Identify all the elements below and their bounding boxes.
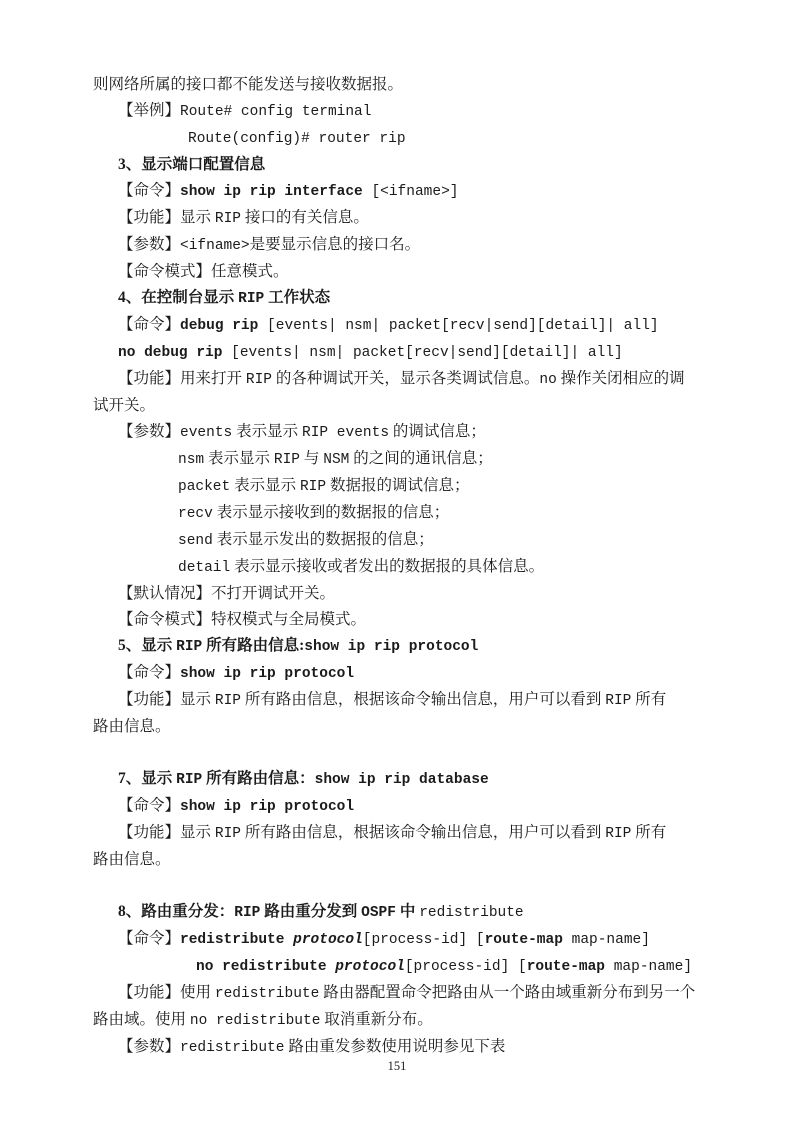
text-segment: nsm [178, 452, 204, 468]
text-line: 3、显示端口配置信息 [93, 152, 707, 178]
text-segment: 【功能】显示 [118, 824, 215, 841]
text-segment: RIP [234, 905, 260, 921]
text-segment: RIP [215, 693, 241, 709]
text-segment: show ip rip protocol [180, 666, 354, 682]
text-line: nsm 表示显示 RIP 与 NSM 的之间的通讯信息； [93, 446, 707, 473]
text-segment: packet [178, 479, 230, 495]
text-line: 【命令】show ip rip protocol [93, 793, 707, 820]
text-segment: RIP [605, 693, 631, 709]
text-segment: 【功能】用来打开 [118, 370, 246, 387]
text-line: no redistribute protocol[process-id] [ro… [93, 953, 707, 980]
text-segment: NSM [323, 452, 349, 468]
text-segment: 取消重新分布。 [320, 1011, 432, 1028]
text-segment: redistribute [180, 1040, 284, 1056]
text-line: 路由信息。 [93, 714, 707, 740]
text-line: 8、路由重分发：RIP 路由重分发到 OSPF 中 redistribute [93, 899, 707, 926]
text-segment: 则网络所属的接口都不能发送与接收数据报。 [93, 76, 403, 93]
text-segment: 表示显示 [204, 450, 274, 467]
text-segment: 表示显示接收到的数据报的信息； [213, 504, 449, 521]
text-segment: RIP [215, 826, 241, 842]
text-segment: 所有 [631, 691, 666, 708]
text-segment: 4、在控制台显示 [118, 289, 238, 306]
text-line: 【命令】redistribute protocol[process-id] [r… [93, 926, 707, 953]
text-segment: 路由信息。 [93, 718, 171, 735]
text-line: 【命令模式】特权模式与全局模式。 [93, 607, 707, 633]
text-segment: 的各种调试开关，显示各类调试信息。 [272, 370, 539, 387]
text-line: 【功能】用来打开 RIP 的各种调试开关，显示各类调试信息。no 操作关闭相应的… [93, 366, 707, 393]
text-segment: 路由重分发到 [260, 903, 361, 920]
text-segment: 操作关闭相应的调 [557, 370, 685, 387]
text-segment: 路由器配置命令把路由从一个路由域重新分布到另一个 [319, 984, 695, 1001]
text-segment: 所有路由信息: [202, 637, 304, 654]
text-segment: RIP [176, 639, 202, 655]
text-line: 则网络所属的接口都不能发送与接收数据报。 [93, 72, 707, 98]
text-segment: no redistribute [196, 959, 335, 975]
text-segment: redistribute [215, 986, 319, 1002]
text-segment: send [178, 533, 213, 549]
text-segment: debug rip [180, 318, 258, 334]
text-segment: 路由信息。 [93, 851, 171, 868]
text-segment: 的调试信息； [389, 423, 486, 440]
text-segment: [process-id] [ [363, 932, 485, 948]
text-segment: RIP events [302, 425, 389, 441]
text-line: no debug rip [events| nsm| packet[recv|s… [93, 339, 707, 366]
text-segment: 所有 [631, 824, 666, 841]
page-number: 151 [0, 1056, 794, 1076]
text-line: 【参数】events 表示显示 RIP events 的调试信息； [93, 419, 707, 446]
text-segment: no debug rip [118, 345, 222, 361]
text-segment: 中 [396, 903, 419, 920]
text-segment: 【命令】 [118, 182, 180, 199]
text-segment: 试开关。 [93, 397, 155, 414]
text-segment: 【命令】 [118, 930, 180, 947]
text-segment: [<ifname>] [363, 184, 459, 200]
text-segment: protocol [293, 932, 363, 948]
text-segment: route-map [485, 932, 563, 948]
text-segment: redistribute [419, 905, 523, 921]
text-segment: 【参数】 [118, 423, 180, 440]
text-line: 【功能】使用 redistribute 路由器配置命令把路由从一个路由域重新分布… [93, 980, 707, 1007]
text-segment: 【命令模式】任意模式。 [118, 263, 289, 280]
text-segment: 【命令】 [118, 797, 180, 814]
text-segment: 表示显示 [230, 477, 300, 494]
text-segment: 路由重发参数使用说明参见下表 [284, 1038, 505, 1055]
document-body: 则网络所属的接口都不能发送与接收数据报。【举例】Route# config te… [93, 72, 707, 1061]
text-segment: show ip rip protocol [180, 799, 354, 815]
text-segment: 5、显示 [118, 637, 176, 654]
text-segment: 7、显示 [118, 770, 176, 787]
text-segment: 是要显示信息的接口名。 [250, 236, 421, 253]
text-line: 路由域。使用 no redistribute 取消重新分布。 [93, 1007, 707, 1034]
text-segment: 【举例】 [118, 102, 180, 119]
text-segment: RIP [238, 291, 264, 307]
text-segment: no [539, 372, 556, 388]
text-segment: 表示显示发出的数据报的信息； [213, 531, 434, 548]
text-segment: Route# config terminal [180, 104, 371, 120]
text-segment: no redistribute [190, 1013, 321, 1029]
text-line: 路由信息。 [93, 847, 707, 873]
text-segment: 【功能】使用 [118, 984, 215, 1001]
text-segment: 3、显示端口配置信息 [118, 156, 265, 173]
text-segment: protocol [335, 959, 405, 975]
text-segment: 8、路由重分发： [118, 903, 234, 920]
text-line: send 表示显示发出的数据报的信息； [93, 527, 707, 554]
text-segment: 路由域。使用 [93, 1011, 190, 1028]
text-segment: 所有路由信息，根据该命令输出信息，用户可以看到 [241, 691, 605, 708]
text-segment: RIP [215, 211, 241, 227]
text-segment: show ip rip protocol [304, 639, 478, 655]
text-segment: RIP [176, 772, 202, 788]
text-segment: 与 [300, 450, 323, 467]
text-segment: 数据报的调试信息； [326, 477, 469, 494]
text-segment: recv [178, 506, 213, 522]
text-segment: 所有路由信息，根据该命令输出信息，用户可以看到 [241, 824, 605, 841]
text-segment: events [180, 425, 232, 441]
text-line: 【命令】show ip rip interface [<ifname>] [93, 178, 707, 205]
text-line: 【命令】debug rip [events| nsm| packet[recv|… [93, 312, 707, 339]
blank-line [93, 873, 707, 899]
text-segment: RIP [605, 826, 631, 842]
text-line: recv 表示显示接收到的数据报的信息； [93, 500, 707, 527]
text-segment: route-map [527, 959, 605, 975]
text-line: packet 表示显示 RIP 数据报的调试信息； [93, 473, 707, 500]
text-segment: 【功能】显示 [118, 691, 215, 708]
text-segment: RIP [274, 452, 300, 468]
text-segment: Route(config)# router rip [188, 131, 406, 147]
text-segment: 【参数】 [118, 236, 180, 253]
text-line: 【功能】显示 RIP 接口的有关信息。 [93, 205, 707, 232]
text-line: 【默认情况】不打开调试开关。 [93, 581, 707, 607]
text-segment: <ifname> [180, 238, 250, 254]
text-line: 【命令】show ip rip protocol [93, 660, 707, 687]
text-segment: 【默认情况】不打开调试开关。 [118, 585, 335, 602]
text-segment: 【命令】 [118, 664, 180, 681]
text-line: detail 表示显示接收或者发出的数据报的具体信息。 [93, 554, 707, 581]
text-segment: detail [178, 560, 230, 576]
text-segment: 工作状态 [264, 289, 330, 306]
text-segment: show ip rip interface [180, 184, 363, 200]
text-segment: [process-id] [ [405, 959, 527, 975]
text-segment: 接口的有关信息。 [241, 209, 369, 226]
text-line: 5、显示 RIP 所有路由信息:show ip rip protocol [93, 633, 707, 660]
text-line: 【举例】Route# config terminal [93, 98, 707, 125]
text-segment: 表示显示 [232, 423, 302, 440]
text-segment: [events| nsm| packet[recv|send][detail]|… [222, 345, 622, 361]
text-line: Route(config)# router rip [93, 125, 707, 152]
text-segment: 的之间的通讯信息； [349, 450, 492, 467]
text-line: 【参数】<ifname>是要显示信息的接口名。 [93, 232, 707, 259]
blank-line [93, 740, 707, 766]
text-segment: 表示显示接收或者发出的数据报的具体信息。 [230, 558, 544, 575]
text-line: 试开关。 [93, 393, 707, 419]
text-segment: OSPF [361, 905, 396, 921]
text-segment: show ip rip database [315, 772, 489, 788]
text-segment: RIP [246, 372, 272, 388]
text-segment: map-name] [605, 959, 692, 975]
text-line: 7、显示 RIP 所有路由信息：show ip rip database [93, 766, 707, 793]
text-segment: 【命令】 [118, 316, 180, 333]
text-line: 【功能】显示 RIP 所有路由信息，根据该命令输出信息，用户可以看到 RIP 所… [93, 687, 707, 714]
text-segment: RIP [300, 479, 326, 495]
text-line: 【命令模式】任意模式。 [93, 259, 707, 285]
text-segment: [events| nsm| packet[recv|send][detail]|… [258, 318, 658, 334]
text-line: 4、在控制台显示 RIP 工作状态 [93, 285, 707, 312]
text-segment: 【命令模式】特权模式与全局模式。 [118, 611, 366, 628]
text-segment: map-name] [563, 932, 650, 948]
text-segment: 所有路由信息： [202, 770, 314, 787]
text-segment: redistribute [180, 932, 293, 948]
text-line: 【功能】显示 RIP 所有路由信息，根据该命令输出信息，用户可以看到 RIP 所… [93, 820, 707, 847]
document-page: 则网络所属的接口都不能发送与接收数据报。【举例】Route# config te… [0, 0, 794, 1123]
text-segment: 【功能】显示 [118, 209, 215, 226]
text-segment: 【参数】 [118, 1038, 180, 1055]
